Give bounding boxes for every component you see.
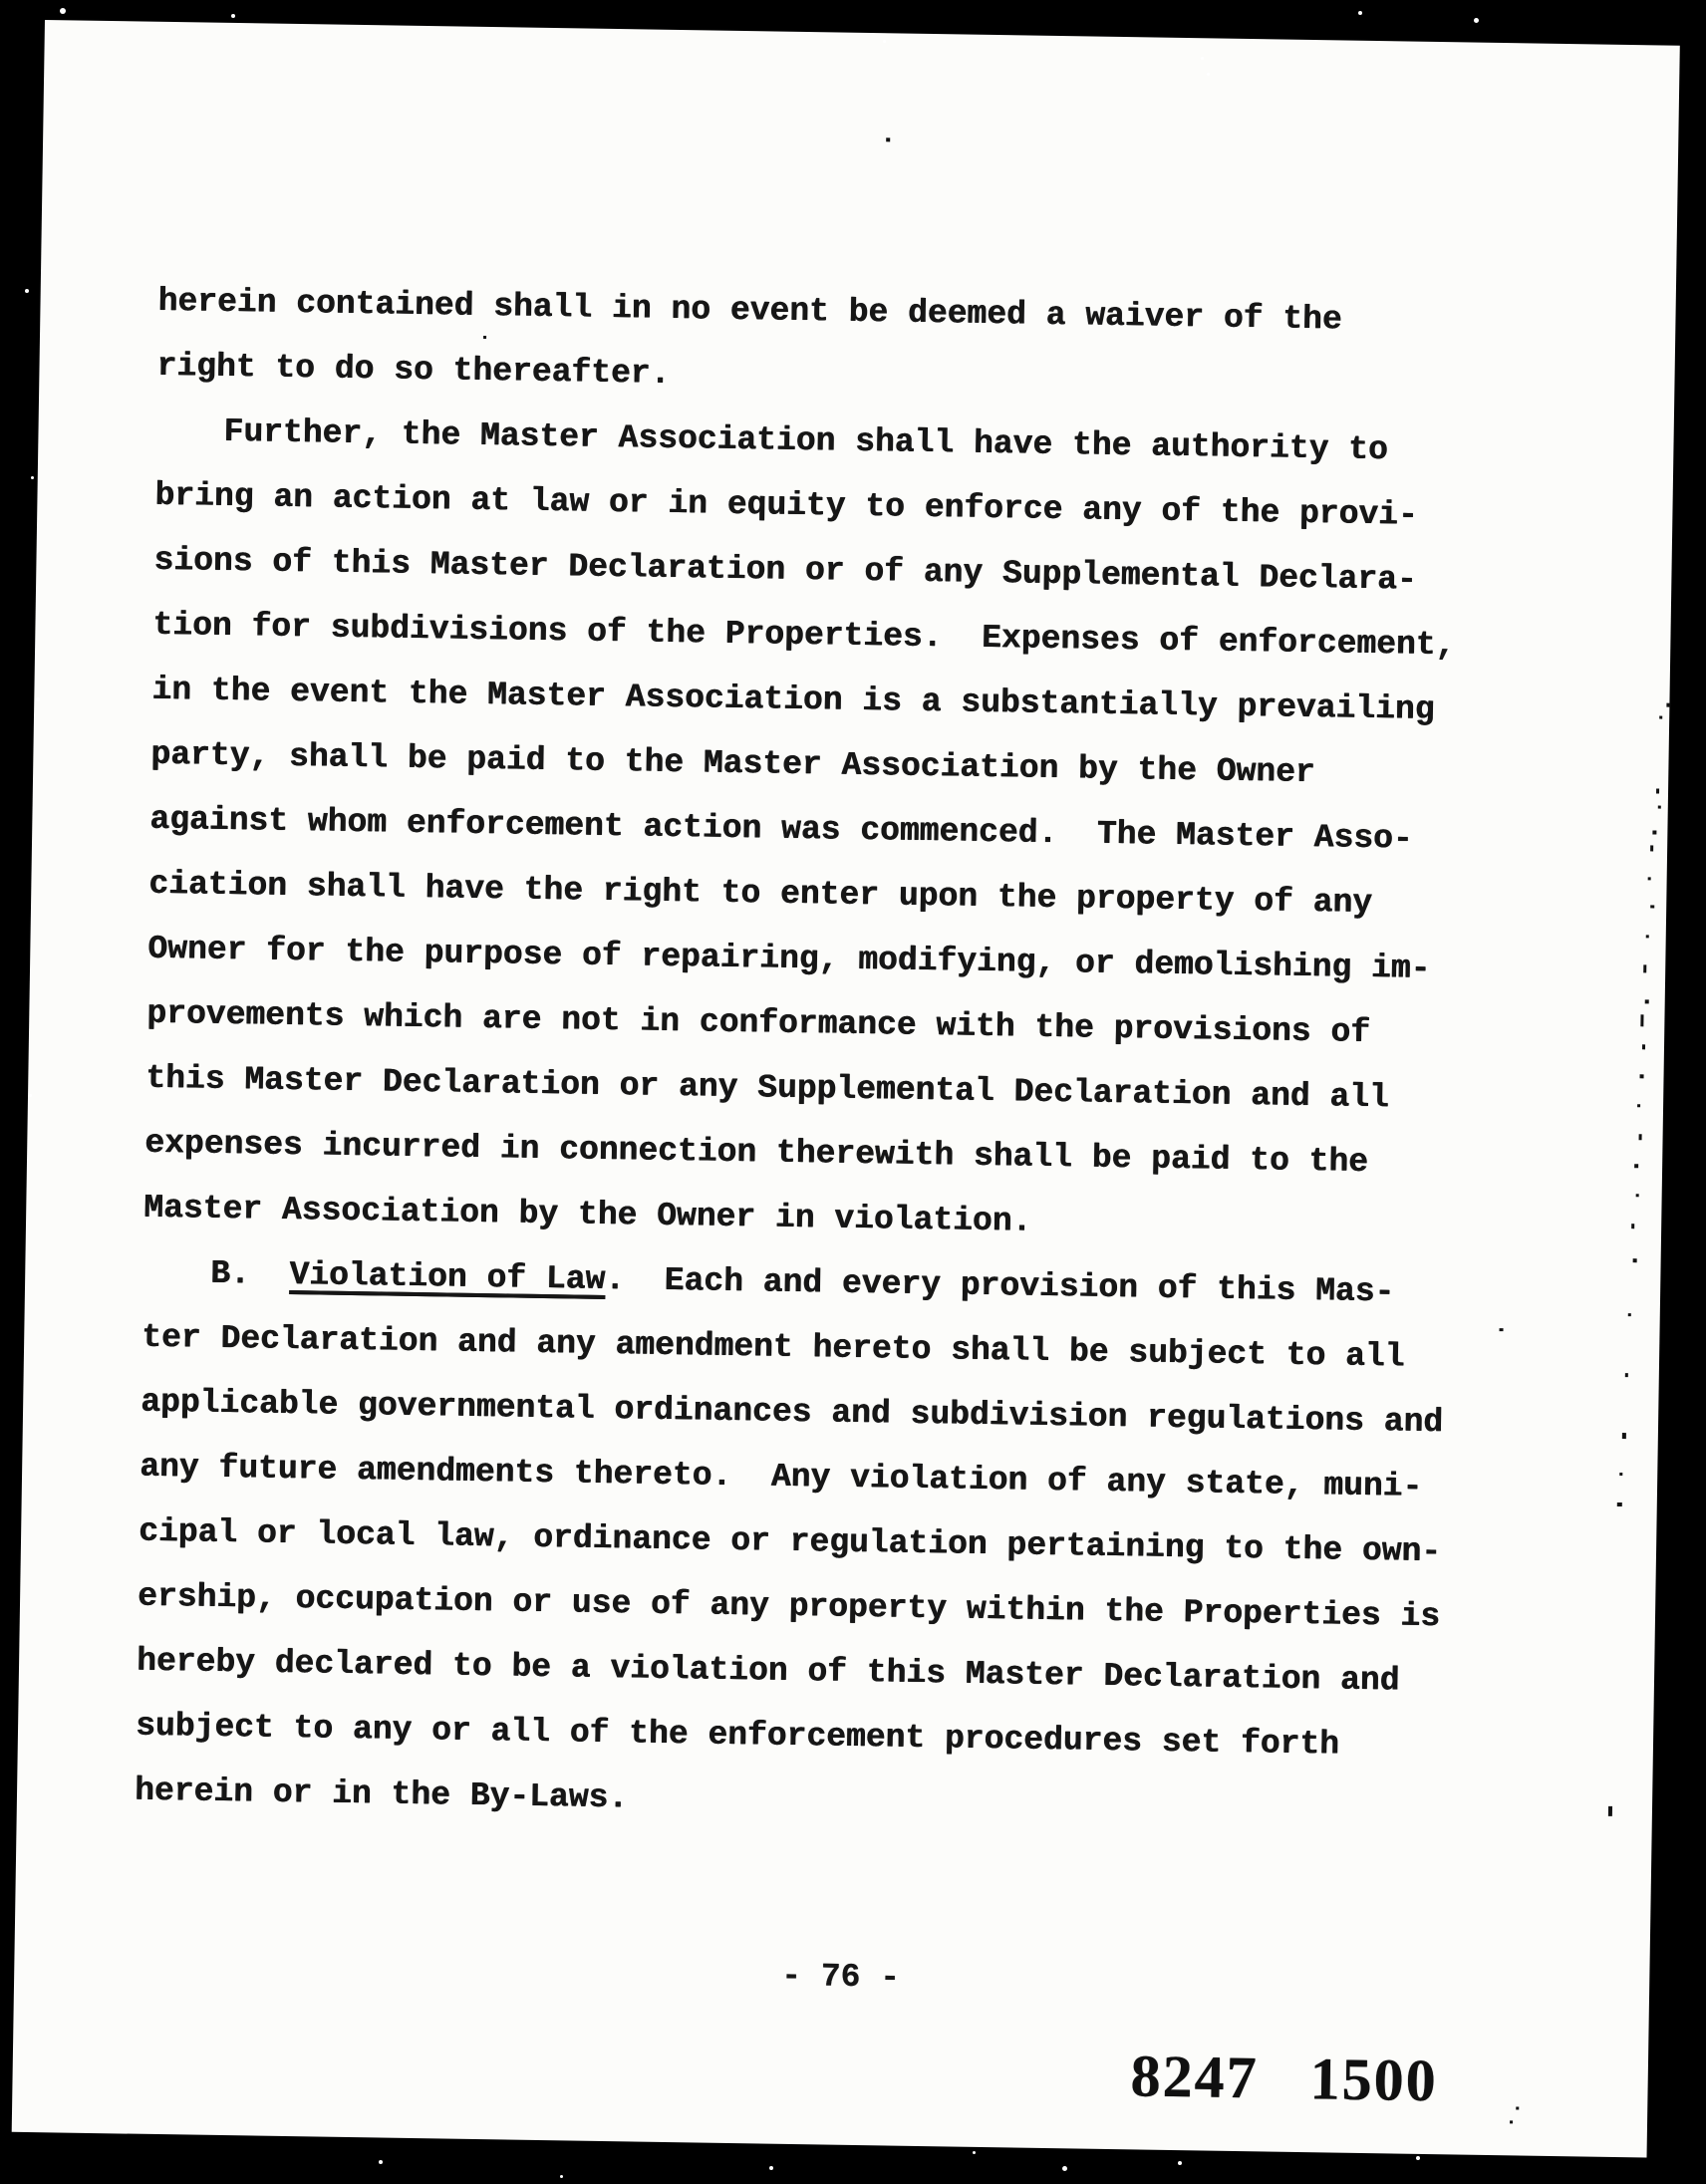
scan-speck [769,2166,773,2170]
stamp-number-right: 1500 [1309,2047,1438,2112]
scan-speck [1640,1074,1644,1078]
scan-speck [1648,877,1651,880]
scan-speck [1358,11,1362,15]
scan-speck [1474,18,1479,23]
scan-speck [886,137,890,141]
scan-speck [1656,788,1659,793]
scan-speck [1645,999,1649,1003]
scan-speck [1516,2106,1519,2109]
stamp-number: 8247 1500 [1130,2044,1438,2112]
scan-speck [1652,830,1656,834]
scan-speck [1062,2166,1067,2171]
scan-speck [883,40,886,43]
scan-speck [973,2151,976,2154]
underlined-heading: Violation of Law [289,1256,605,1298]
scan-speck [60,8,66,14]
scan-speck [1666,703,1670,707]
scan-speck [1646,935,1649,938]
scan-speck [1608,1806,1612,1816]
scan-speck [1622,1433,1626,1439]
scan-speck [1500,1328,1504,1331]
scan-speck [1636,1194,1639,1197]
scan-speck [1625,1373,1628,1377]
scan-speck [1650,845,1653,851]
scan-speck [1642,1044,1645,1049]
scan-speck [1643,964,1646,972]
scan-speck [1510,2120,1513,2123]
scan-speck [1617,1502,1622,1506]
body-text: herein contained shall in no event be de… [135,269,1573,1845]
scan-speck [1659,716,1662,719]
scan-speck [1628,1313,1631,1316]
scan-speck [31,476,34,479]
page-number: - 76 - [781,1958,900,1998]
scan-speck [1640,1014,1643,1026]
scan-speck [1619,1473,1622,1476]
scan-speck [231,14,235,18]
scan-speck [1631,1224,1634,1228]
stamp-number-left: 8247 [1130,2044,1259,2109]
scan-speck [1634,1164,1638,1168]
scan-speck [1658,806,1661,809]
scan-speck [1201,57,1204,60]
scan-speck [1650,905,1654,908]
scan-speck [25,289,29,293]
scan-speck [1207,73,1210,76]
scan-speck [1637,1104,1640,1107]
scan-speck [379,2160,383,2164]
scan-speck [1633,1258,1637,1262]
scan-speck [1639,1134,1642,1140]
scan-speck [29,1094,32,1097]
scan-speck [1178,2161,1182,2165]
scanned-document: herein contained shall in no event be de… [0,0,1706,2184]
scan-speck [1416,2156,1420,2160]
scan-speck [560,2175,563,2178]
scan-speck [483,336,486,339]
scan-speck [36,697,40,701]
document-page: herein contained shall in no event be de… [12,20,1680,2158]
